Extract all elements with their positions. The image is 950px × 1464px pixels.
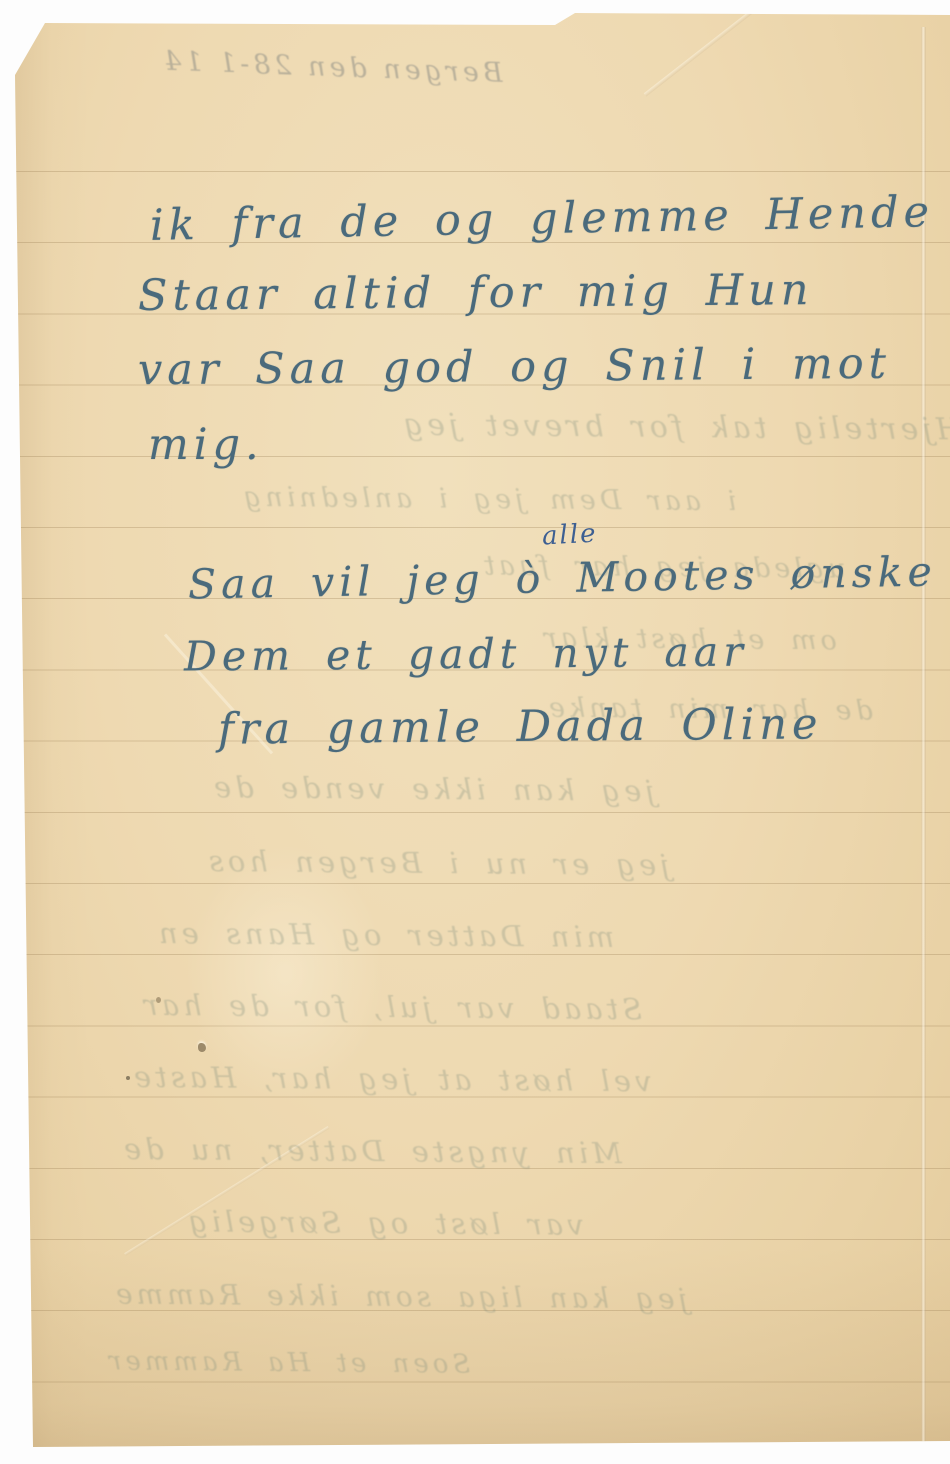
handwriting-line: mig. <box>148 420 264 470</box>
handwriting-line: Staar altid for mig Hun <box>138 265 814 321</box>
bleed-through-line: jeg er nu i Bergen hos <box>205 844 670 882</box>
diagonal-crease-top-right <box>644 0 875 97</box>
handwriting-line: var Saa god og Snil i mot <box>138 339 891 396</box>
bleed-through-line: jeg kan liga som ikke Ramme <box>112 1277 688 1315</box>
bleed-through-line: var løst og Sørgelig <box>185 1204 584 1241</box>
handwriting-line: Dem et gadt nyt aar <box>184 628 748 681</box>
bleed-through-line: Soen et Ha Rammer <box>105 1346 470 1379</box>
bleed-through-line: Staad var jul, for de har <box>140 988 642 1026</box>
bleed-through-line: i aar Dem jeg i anledning <box>240 482 736 517</box>
bleed-through-line: jeg kan ikke vende de <box>210 770 655 808</box>
bleed-through-line: Min yngste Datter, nu de <box>120 1132 622 1170</box>
handwriting-line: fra gamle Dada Oline <box>218 699 823 754</box>
bleed-through-line: min Datter og Hans en <box>155 916 614 954</box>
paper-speck <box>198 1043 206 1052</box>
scanned-letter-page: Bergen den 28-1 14 Hjertelig tak for bre… <box>0 0 950 1464</box>
bleed-through-line: Hjertelig tak for brevet jeg <box>400 408 950 448</box>
bleed-through-line: vel høst at jeg har, Haste <box>130 1060 652 1099</box>
insertion-word-alle: alle <box>541 519 598 552</box>
vertical-fold-crease <box>921 27 926 1457</box>
